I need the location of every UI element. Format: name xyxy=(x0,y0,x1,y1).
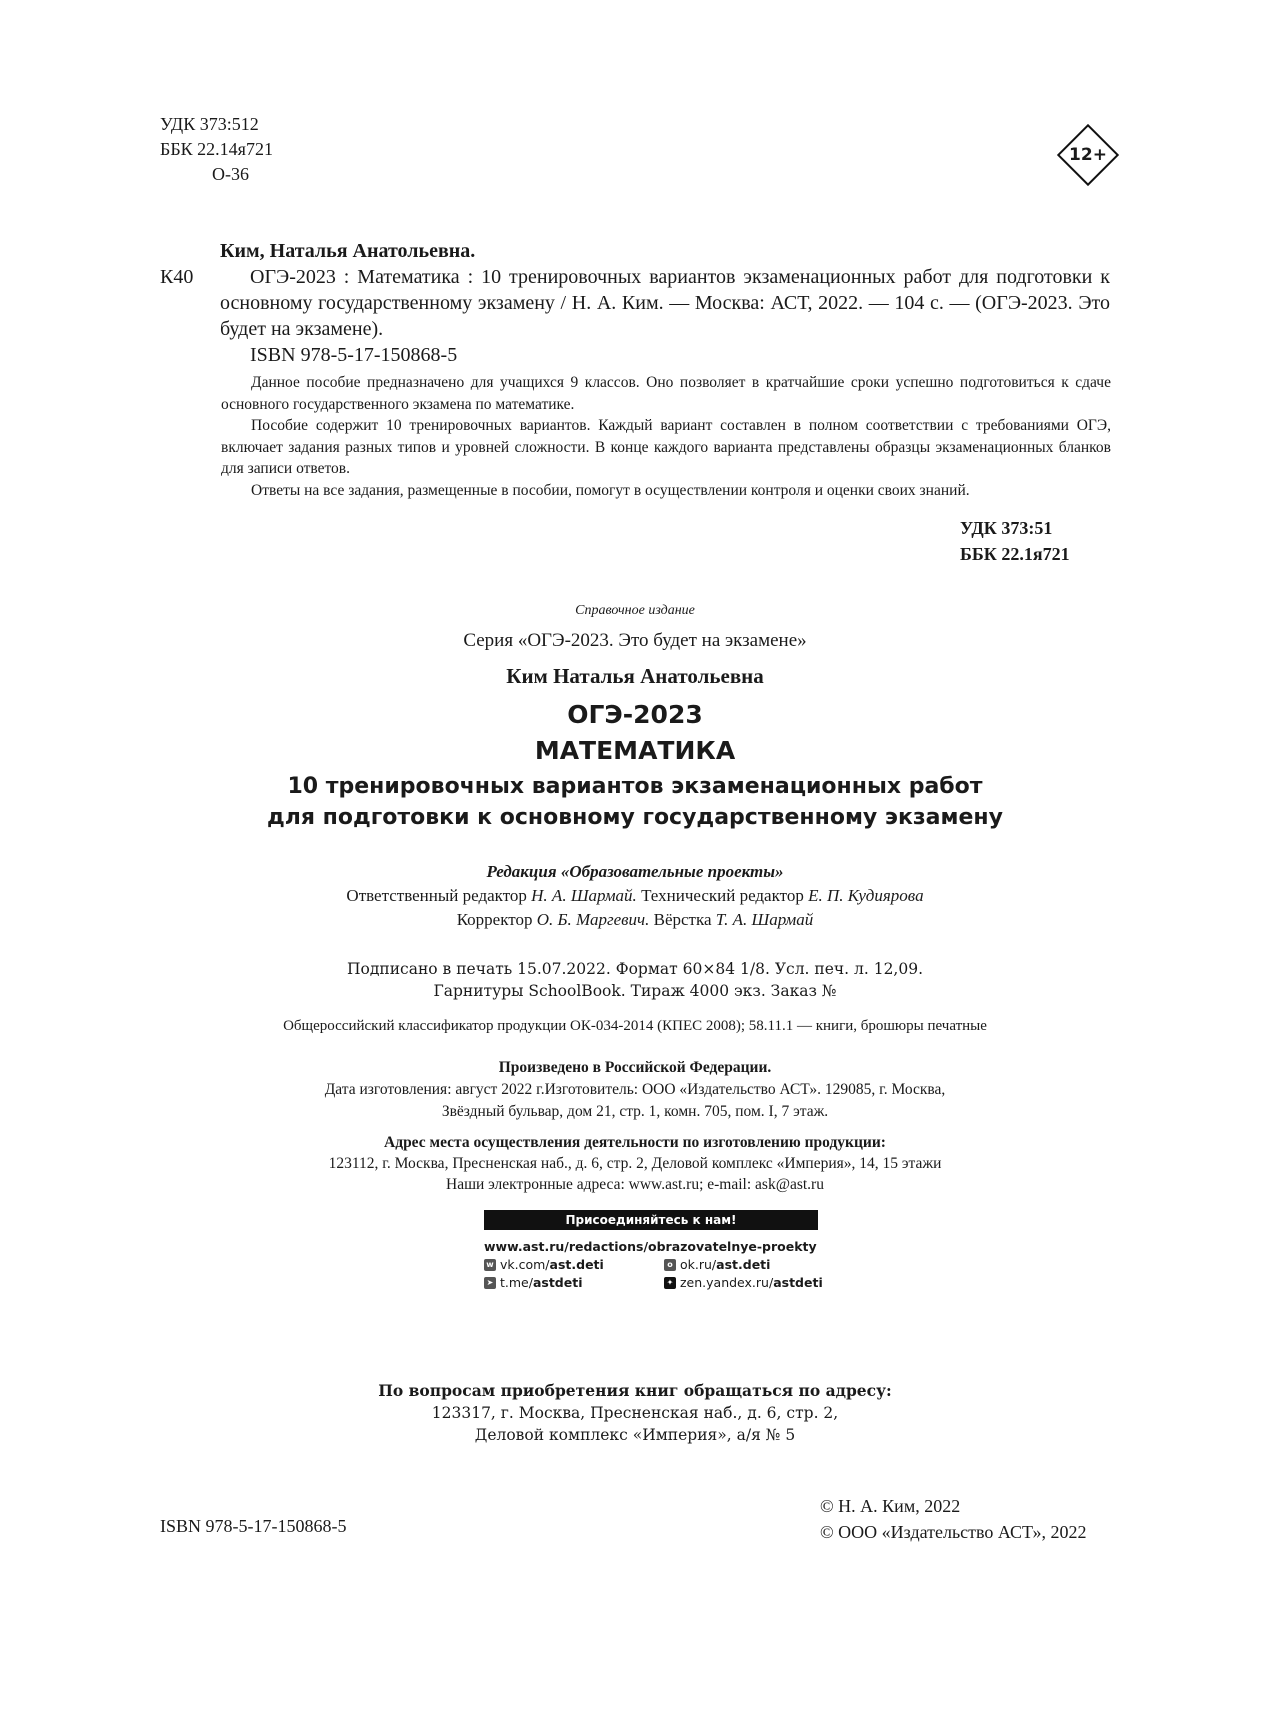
manufacturer-heading: Произведено в Российской Федерации. xyxy=(0,1057,1270,1079)
udk-code-right: УДК 373:51 xyxy=(960,515,1110,541)
join-us-banner: Присоединяйтесь к нам! xyxy=(484,1210,818,1230)
proof-line: Корректор О. Б. Маргевич. Вёрстка Т. А. … xyxy=(0,908,1270,932)
record-isbn: ISBN 978-5-17-150868-5 xyxy=(160,342,1110,368)
chief-editor: Н. А. Шармай. xyxy=(531,886,637,905)
link-handle: ast.deti xyxy=(716,1257,770,1272)
telegram-link[interactable]: ➤ t.me/astdeti xyxy=(484,1274,664,1292)
bibliographic-record: Ким, Наталья Анатольевна. К40 ОГЭ-2023 :… xyxy=(160,238,1110,368)
social-links: www.ast.ru/redactions/obrazovatelnye-pro… xyxy=(484,1238,844,1292)
link-prefix: zen.yandex.ru/ xyxy=(680,1275,773,1290)
editorial-office: Редакция «Образовательные проекты» xyxy=(0,860,1270,884)
bbk-code-right: ББК 22.1я721 xyxy=(960,541,1110,567)
production-address-line1: 123112, г. Москва, Пресненская наб., д. … xyxy=(0,1153,1270,1174)
link-prefix: ok.ru/ xyxy=(680,1257,716,1272)
annotation: Данное пособие предназначено для учащихс… xyxy=(221,372,1111,501)
book-subtitle-line2: для подготовки к основному государственн… xyxy=(0,805,1270,830)
purchase-heading: По вопросам приобретения книг обращаться… xyxy=(0,1380,1270,1402)
bbk-code: ББК 22.14я721 xyxy=(160,137,273,162)
edition-type: Справочное издание xyxy=(0,603,1270,619)
record-code: К40 xyxy=(160,264,193,290)
udk-code: УДК 373:512 xyxy=(160,112,273,137)
link-prefix: t.me/ xyxy=(500,1275,533,1290)
print-info-line2: Гарнитуры SchoolBook. Тираж 4000 экз. За… xyxy=(0,980,1270,1002)
author-name: Ким Наталья Анатольевна xyxy=(0,664,1270,689)
vk-icon: w xyxy=(484,1259,496,1271)
book-subtitle-line1: 10 тренировочных вариантов экзаменационн… xyxy=(0,774,1270,799)
footer-isbn: ISBN 978-5-17-150868-5 xyxy=(160,1516,347,1537)
editorial-credits: Редакция «Образовательные проекты» Ответ… xyxy=(0,860,1270,932)
author-mark: О-36 xyxy=(160,162,273,187)
ok-icon: o xyxy=(664,1259,676,1271)
manufacturer-line2: Звёздный бульвар, дом 21, стр. 1, комн. … xyxy=(0,1101,1270,1123)
purchase-info: По вопросам приобретения книг обращаться… xyxy=(0,1380,1270,1446)
link-prefix: vk.com/ xyxy=(500,1257,550,1272)
website-link[interactable]: www.ast.ru/redactions/obrazovatelnye-pro… xyxy=(484,1238,844,1256)
link-handle: ast.deti xyxy=(550,1257,604,1272)
purchase-line1: 123317, г. Москва, Пресненская наб., д. … xyxy=(0,1402,1270,1424)
record-author: Ким, Наталья Анатольевна. xyxy=(160,238,1110,264)
print-info: Подписано в печать 15.07.2022. Формат 60… xyxy=(0,958,1270,1002)
production-address-heading: Адрес места осуществления деятельности п… xyxy=(0,1132,1270,1153)
book-title-line1: ОГЭ-2023 xyxy=(0,700,1270,729)
layout-artist: Т. А. Шармай xyxy=(716,910,814,929)
copyright-block: © Н. А. Ким, 2022 © ООО «Издательство АС… xyxy=(820,1493,1087,1545)
layout-label: Вёрстка xyxy=(654,910,712,929)
manufacturer-line1: Дата изготовления: август 2022 г.Изготов… xyxy=(0,1079,1270,1101)
copyright-publisher: © ООО «Издательство АСТ», 2022 xyxy=(820,1519,1087,1545)
link-handle: astdeti xyxy=(533,1275,583,1290)
production-address-line2: Наши электронные адреса: www.ast.ru; e-m… xyxy=(0,1174,1270,1195)
book-title-line2: МАТЕМАТИКА xyxy=(0,736,1270,765)
editors-line: Ответственный редактор Н. А. Шармай. Тех… xyxy=(0,884,1270,908)
age-rating-badge: 12+ xyxy=(1058,125,1118,185)
annotation-paragraph: Пособие содержит 10 тренировочных вариан… xyxy=(221,415,1111,480)
proofreader: О. Б. Маргевич. xyxy=(537,910,650,929)
classification-codes-right: УДК 373:51 ББК 22.1я721 xyxy=(960,515,1110,567)
tech-editor: Е. П. Кудиярова xyxy=(808,886,923,905)
vk-link[interactable]: w vk.com/ast.deti xyxy=(484,1256,664,1274)
annotation-paragraph: Данное пособие предназначено для учащихс… xyxy=(221,372,1111,415)
product-classifier: Общероссийский классификатор продукции О… xyxy=(0,1018,1270,1035)
series-name: Серия «ОГЭ-2023. Это будет на экзамене» xyxy=(0,630,1270,652)
record-description: ОГЭ-2023 : Математика : 10 тренировочных… xyxy=(160,264,1110,342)
chief-editor-label: Ответственный редактор xyxy=(346,886,526,905)
proofreader-label: Корректор xyxy=(457,910,533,929)
purchase-line2: Деловой комплекс «Империя», а/я № 5 xyxy=(0,1424,1270,1446)
manufacturer-info: Произведено в Российской Федерации. Дата… xyxy=(0,1057,1270,1123)
link-handle: astdeti xyxy=(773,1275,823,1290)
telegram-icon: ➤ xyxy=(484,1277,496,1289)
tech-editor-label: Технический редактор xyxy=(641,886,804,905)
annotation-paragraph: Ответы на все задания, размещенные в пос… xyxy=(221,480,1111,502)
age-rating-label: 12+ xyxy=(1058,125,1118,185)
zen-link[interactable]: ✦ zen.yandex.ru/astdeti xyxy=(664,1274,844,1292)
ok-link[interactable]: o ok.ru/ast.deti xyxy=(664,1256,844,1274)
copyright-author: © Н. А. Ким, 2022 xyxy=(820,1493,1087,1519)
print-info-line1: Подписано в печать 15.07.2022. Формат 60… xyxy=(0,958,1270,980)
classification-codes: УДК 373:512 ББК 22.14я721 О-36 xyxy=(160,112,273,187)
production-address: Адрес места осуществления деятельности п… xyxy=(0,1132,1270,1195)
zen-icon: ✦ xyxy=(664,1277,676,1289)
